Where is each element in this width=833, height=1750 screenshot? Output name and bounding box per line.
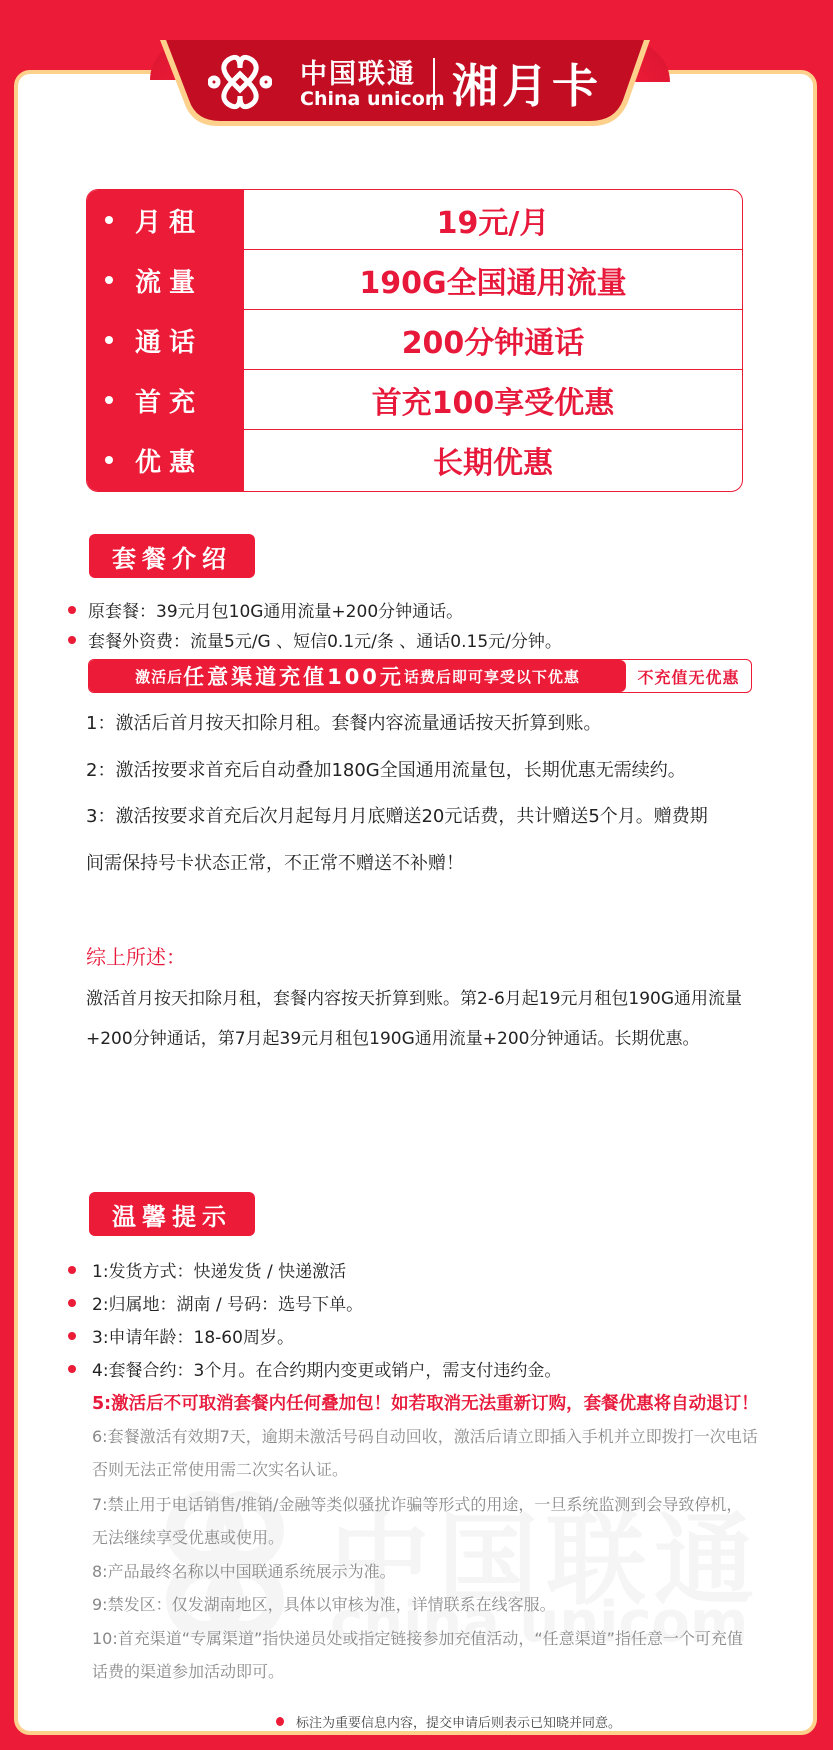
section-tag-intro: 套餐介绍 [89, 534, 255, 578]
intro-line: 1：激活后首月按天扣除月租。套餐内容流量通话按天折算到账。 [86, 709, 601, 735]
row-value: 长期优惠 [244, 430, 742, 490]
row-label: 月租 [135, 202, 203, 239]
tip-item: 3:申请年龄：18-60周岁。 [92, 1323, 294, 1348]
brand-name-en: China unicom [300, 88, 445, 110]
tip-item: 2:归属地：湖南 / 号码：选号下单。 [92, 1290, 363, 1315]
row-label: 流量 [135, 262, 203, 299]
tip-note: 10:首充渠道“专属渠道”指快递员处或指定链接参加充值活动，“任意渠道”指任意一… [92, 1626, 743, 1649]
tip-note: 无法继续享受优惠或使用。 [92, 1525, 284, 1548]
card-name-title: 湘月卡 [452, 50, 602, 116]
row-label: 首充 [135, 382, 203, 419]
row-value: 首充100享受优惠 [244, 370, 742, 430]
promo-banner: 激活后 任意渠道充值100元 话费后即可享受以下优惠 不充值无优惠 [88, 659, 752, 693]
tip-item: 1:发货方式：快递发货 / 快递激活 [92, 1257, 346, 1282]
row-label: 优惠 [135, 442, 203, 479]
plan-summary-table: 月租 19元/月 流量 190G全国通用流量 通话 200分钟通话 首充 首充1… [86, 189, 743, 492]
bullet-icon [68, 1266, 76, 1274]
bullet-icon [105, 336, 113, 344]
promo-prefix: 激活后 [135, 666, 183, 687]
intro-line: 间需保持号卡状态正常，不正常不赠送不补赠！ [86, 849, 464, 875]
banner-divider [433, 58, 435, 110]
promo-suffix: 话费后即可享受以下优惠 [404, 666, 580, 687]
bullet-icon [68, 606, 76, 614]
tip-note: 7:禁止用于电话销售/推销/金融等类似骚扰诈骗等形式的用途，一旦系统监测到会导致… [92, 1492, 742, 1515]
table-row: 月租 19元/月 [87, 190, 742, 250]
tip-warning: 5:激活后不可取消套餐内任何叠加包！如若取消无法重新订购，套餐优惠将自动退订！ [92, 1390, 759, 1415]
bullet-icon [68, 1299, 76, 1307]
tip-item: 4:套餐合约：3个月。在合约期内变更或销户，需支付违约金。 [92, 1356, 561, 1381]
row-value: 19元/月 [244, 190, 742, 250]
table-row: 流量 190G全国通用流量 [87, 250, 742, 310]
row-value: 190G全国通用流量 [244, 250, 742, 310]
table-row: 优惠 长期优惠 [87, 430, 742, 490]
row-label: 通话 [135, 322, 203, 359]
intro-line: 3：激活按要求首充后次月起每月月底赠送20元话费，共计赠送5个月。赠费期 [86, 802, 708, 828]
table-row: 首充 首充100享受优惠 [87, 370, 742, 430]
promo-highlight: 任意渠道充值100元 [183, 661, 404, 691]
tip-note: 9:禁发区：仅发湖南地区，具体以审核为准，详情联系在线客服。 [92, 1592, 556, 1615]
section-tag-tips: 温馨提示 [89, 1192, 255, 1236]
promo-note: 不充值无优惠 [626, 660, 751, 692]
header-banner: 中国联通 China unicom 湘月卡 [180, 40, 650, 126]
bullet-icon [276, 1717, 284, 1726]
footnote: 标注为重要信息内容，提交申请后则表示已知晓并同意。 [276, 1712, 621, 1731]
bullet-icon [68, 636, 76, 644]
intro-bullet: 套餐外资费：流量5元/G 、短信0.1元/条 、通话0.15元/分钟。 [68, 627, 562, 652]
tip-note: 话费的渠道参加活动即可。 [92, 1659, 284, 1682]
bullet-icon [105, 276, 113, 284]
row-value: 200分钟通话 [244, 310, 742, 370]
table-row: 通话 200分钟通话 [87, 310, 742, 370]
tip-note: 6:套餐激活有效期7天，逾期未激活号码自动回收，激活后请立即插入手机并立即拨打一… [92, 1424, 758, 1447]
summary-line: +200分钟通话，第7月起39元月租包190G通用流量+200分钟通话。长期优惠… [86, 1024, 699, 1049]
bullet-icon [68, 1332, 76, 1340]
tip-note: 否则无法正常使用需二次实名认证。 [92, 1457, 348, 1480]
footnote-text: 标注为重要信息内容，提交申请后则表示已知晓并同意。 [296, 1712, 621, 1731]
bullet-text: 原套餐：39元月包10G通用流量+200分钟通话。 [88, 597, 463, 622]
bullet-text: 套餐外资费：流量5元/G 、短信0.1元/条 、通话0.15元/分钟。 [88, 627, 562, 652]
brand-name-cn: 中国联通 [300, 52, 416, 91]
tip-note: 8:产品最终名称以中国联通系统展示为准。 [92, 1559, 396, 1582]
china-unicom-logo-icon [208, 54, 272, 110]
summary-heading: 综上所述： [86, 941, 186, 970]
promo-condition: 激活后 任意渠道充值100元 话费后即可享受以下优惠 [89, 660, 626, 692]
intro-bullet: 原套餐：39元月包10G通用流量+200分钟通话。 [68, 597, 463, 622]
intro-line: 2：激活按要求首充后自动叠加180G全国通用流量包，长期优惠无需续约。 [86, 756, 686, 782]
bullet-icon [105, 396, 113, 404]
bullet-icon [105, 456, 113, 464]
summary-line: 激活首月按天扣除月租，套餐内容按天折算到账。第2-6月起19元月租包190G通用… [86, 984, 742, 1009]
bullet-icon [105, 216, 113, 224]
bullet-icon [68, 1365, 76, 1373]
